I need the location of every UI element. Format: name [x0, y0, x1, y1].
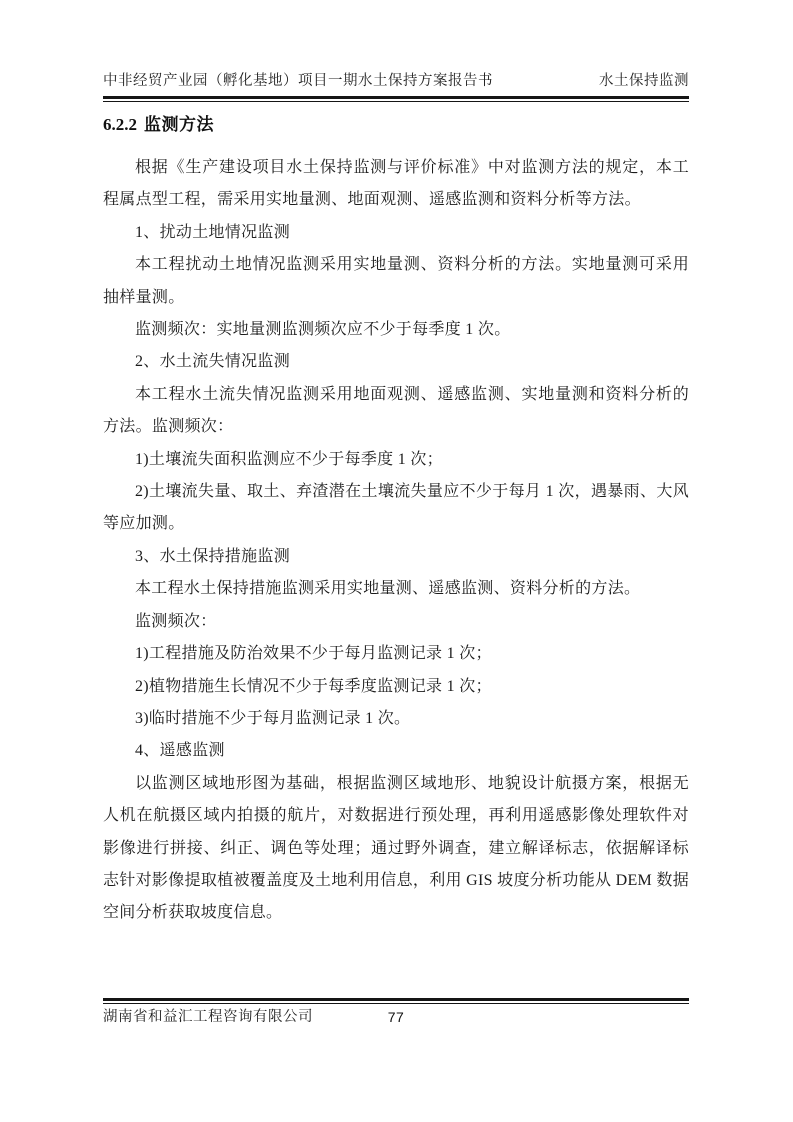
header-right-title: 水土保持监测 [599, 71, 689, 91]
paragraph: 3、水土保持措施监测 [103, 541, 689, 573]
section-number: 6.2.2 [103, 115, 137, 134]
header-row: 中非经贸产业园（孵化基地）项目一期水土保持方案报告书 水土保持监测 [103, 71, 689, 91]
paragraph: 本工程水土流失情况监测采用地面观测、遥感监测、实地量测和资料分析的方法。监测频次… [103, 379, 689, 444]
footer-row: 湖南省和益汇工程咨询有限公司 77 [103, 1007, 689, 1027]
paragraph: 根据《生产建设项目水土保持监测与评价标准》中对监测方法的规定，本工程属点型工程，… [103, 152, 689, 217]
paragraph: 2)土壤流失量、取土、弃渣潜在土壤流失量应不少于每月 1 次，遇暴雨、大风等应加… [103, 476, 689, 541]
page-footer: 湖南省和益汇工程咨询有限公司 77 [103, 998, 689, 1027]
paragraph: 1)工程措施及防治效果不少于每月监测记录 1 次； [103, 638, 689, 670]
footer-divider-thin-line [103, 1003, 689, 1004]
paragraph: 监测频次： [103, 606, 689, 638]
section-heading: 6.2.2监测方法 [103, 112, 689, 137]
paragraph: 2)植物措施生长情况不少于每季度监测记录 1 次； [103, 671, 689, 703]
paragraph: 2、水土流失情况监测 [103, 346, 689, 378]
paragraph: 以监测区域地形图为基础，根据监测区域地形、地貌设计航摄方案，根据无人机在航摄区域… [103, 768, 689, 930]
document-body: 6.2.2监测方法 根据《生产建设项目水土保持监测与评价标准》中对监测方法的规定… [103, 112, 689, 930]
section-title: 监测方法 [144, 115, 214, 134]
page-header: 中非经贸产业园（孵化基地）项目一期水土保持方案报告书 水土保持监测 [103, 71, 689, 102]
footer-divider [103, 998, 689, 1004]
header-left-title: 中非经贸产业园（孵化基地）项目一期水土保持方案报告书 [103, 71, 493, 91]
paragraph: 本工程扰动土地情况监测采用实地量测、资料分析的方法。实地量测可采用抽样量测。 [103, 249, 689, 314]
footer-company-name: 湖南省和益汇工程咨询有限公司 [103, 1009, 313, 1025]
paragraph: 3)临时措施不少于每月监测记录 1 次。 [103, 703, 689, 735]
paragraph: 监测频次：实地量测监测频次应不少于每季度 1 次。 [103, 314, 689, 346]
paragraph: 4、遥感监测 [103, 735, 689, 767]
paragraph: 1)土壤流失面积监测应不少于每季度 1 次； [103, 444, 689, 476]
page-number: 77 [388, 1007, 405, 1027]
document-page: 中非经贸产业园（孵化基地）项目一期水土保持方案报告书 水土保持监测 6.2.2监… [0, 0, 793, 1122]
paragraph: 本工程水土保持措施监测采用实地量测、遥感监测、资料分析的方法。 [103, 573, 689, 605]
paragraph: 1、扰动土地情况监测 [103, 217, 689, 249]
header-divider-thin-line [103, 101, 689, 102]
header-divider [103, 96, 689, 102]
